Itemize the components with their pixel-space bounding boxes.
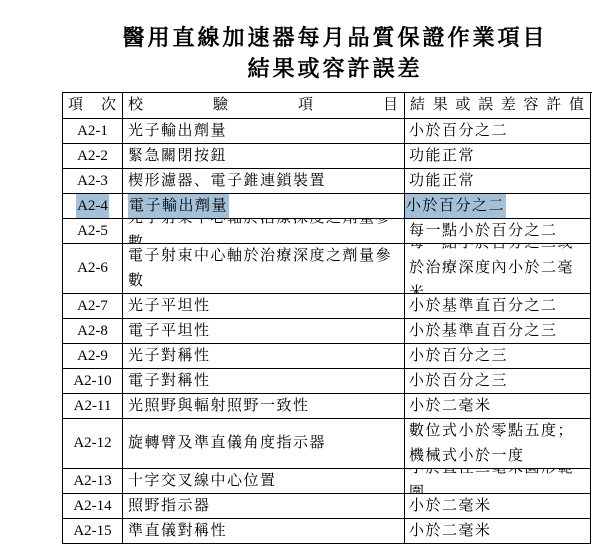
row-tolerance-cell: 數位式小於零點五度；機械式小於一度	[405, 419, 591, 469]
header-item-no-label: 項次	[63, 93, 122, 118]
row-id-cell: A2-2	[63, 144, 123, 169]
row-id-cell: A2-14	[63, 494, 123, 519]
table-row: A2-11 光照野與輻射照野一致性 小於二毫米	[63, 394, 592, 419]
row-item-cell: 光子對稱性	[123, 344, 405, 369]
row-tolerance-text: 數位式小於零點五度；機械式小於一度	[405, 419, 590, 469]
row-tolerance-cell: 小於基準直百分之二	[405, 294, 591, 319]
row-id-cell: A2-6	[63, 244, 123, 294]
row-tolerance-cell: 每一點小於百分之二或於治療深度內小於二毫米。	[405, 244, 591, 294]
document-title: 醫用直線加速器每月品質保證作業項目 結果或容許誤差	[57, 22, 613, 84]
row-tolerance-text: 小於百分之三	[405, 369, 512, 394]
row-tolerance-cell: 每一點小於百分之二	[405, 219, 591, 244]
row-tolerance-cell: 小於二毫米	[405, 494, 591, 519]
row-id-cell: A2-12	[63, 419, 123, 469]
table-row: A2-3 楔形濾器、電子錐連鎖裝置 功能正常	[63, 169, 592, 194]
row-id-cell: A2-7	[63, 294, 123, 319]
row-item-text: 楔形濾器、電子錐連鎖裝置	[128, 169, 326, 194]
row-id-text: A2-2	[77, 144, 108, 169]
header-cell-check-item: 校驗項目	[123, 93, 405, 119]
row-item-cell: 楔形濾器、電子錐連鎖裝置	[123, 169, 405, 194]
row-tolerance-cell: 小於二毫米	[405, 519, 591, 544]
row-id-cell: A2-3	[63, 169, 123, 194]
header-tolerance-label: 結果或誤差容許值	[405, 93, 590, 118]
row-tolerance-text: 功能正常	[405, 144, 479, 169]
table-row: A2-6 電子射束中心軸於治療深度之劑量參數 每一點小於百分之二或於治療深度內小…	[63, 244, 592, 294]
row-id-cell: A2-5	[63, 219, 123, 244]
row-tolerance-cell: 功能正常	[405, 169, 591, 194]
table-row: A2-7 光子平坦性 小於基準直百分之二	[63, 294, 592, 319]
row-id-cell: A2-11	[63, 394, 123, 419]
row-tolerance-text: 小於二毫米	[405, 519, 496, 544]
row-id-text: A2-7	[77, 294, 108, 319]
row-item-cell: 光照野與輻射照野一致性	[123, 394, 405, 419]
row-tolerance-cell: 小於百分之三	[405, 369, 591, 394]
row-item-text: 電子平坦性	[128, 319, 211, 344]
row-item-cell: 電子輸出劑量	[123, 194, 405, 219]
row-item-text: 十字交叉線中心位置	[128, 469, 277, 494]
row-item-text: 光子平坦性	[128, 294, 211, 319]
row-tolerance-cell: 小於百分之二	[405, 119, 591, 144]
row-tolerance-text: 小於直徑二毫米圓形範圍	[405, 469, 590, 494]
row-id-cell: A2-1	[63, 119, 123, 144]
row-id-text: A2-3	[77, 169, 108, 194]
row-id-text: A2-6	[77, 256, 108, 281]
row-id-text: A2-4	[76, 194, 109, 219]
table-row: A2-4 電子輸出劑量 小於百分之二	[63, 194, 592, 219]
row-item-text: 電子輸出劑量	[128, 194, 229, 219]
table-row: A2-14 照野指示器 小於二毫米	[63, 494, 592, 519]
row-item-cell: 光子射束中心軸於治療深度之劑量參數	[123, 219, 405, 244]
row-item-text: 電子對稱性	[128, 369, 211, 394]
document-page: 醫用直線加速器每月品質保證作業項目 結果或容許誤差 項次 校驗項目 結果或誤差容…	[0, 0, 613, 559]
row-id-text: A2-14	[73, 494, 111, 519]
header-cell-item-no: 項次	[63, 93, 123, 119]
row-tolerance-text: 小於基準直百分之二	[405, 294, 562, 319]
table-row: A2-9 光子對稱性 小於百分之三	[63, 344, 592, 369]
row-tolerance-cell: 功能正常	[405, 144, 591, 169]
row-id-cell: A2-13	[63, 469, 123, 494]
row-id-text: A2-10	[73, 369, 111, 394]
header-check-item-label: 校驗項目	[123, 93, 404, 118]
row-item-text: 光照野與輻射照野一致性	[128, 394, 310, 419]
row-item-text: 照野指示器	[128, 494, 211, 519]
document-title-line1: 醫用直線加速器每月品質保證作業項目	[57, 22, 613, 53]
row-tolerance-text: 每一點小於百分之二或於治療深度內小於二毫米。	[405, 244, 590, 294]
row-tolerance-text: 小於百分之二	[405, 119, 512, 144]
row-item-text: 電子射束中心軸於治療深度之劑量參數	[128, 244, 399, 294]
row-item-text: 光子射束中心軸於治療深度之劑量參數	[128, 219, 399, 244]
table-row: A2-8 電子平坦性 小於基準直百分之三	[63, 319, 592, 344]
row-item-text: 準直儀對稱性	[128, 519, 227, 544]
row-id-text: A2-1	[77, 119, 108, 144]
row-item-cell: 準直儀對稱性	[123, 519, 405, 544]
table-row: A2-10 電子對稱性 小於百分之三	[63, 369, 592, 394]
row-item-cell: 十字交叉線中心位置	[123, 469, 405, 494]
table-row: A2-12 旋轉臂及準直儀角度指示器 數位式小於零點五度；機械式小於一度	[63, 419, 592, 469]
table-row: A2-5 光子射束中心軸於治療深度之劑量參數 每一點小於百分之二	[63, 219, 592, 244]
row-id-text: A2-9	[77, 344, 108, 369]
row-tolerance-text: 小於二毫米	[405, 394, 496, 419]
row-id-cell: A2-4	[63, 194, 123, 219]
row-tolerance-cell: 小於基準直百分之三	[405, 319, 591, 344]
row-tolerance-cell: 小於百分之二	[405, 194, 591, 219]
row-id-cell: A2-15	[63, 519, 123, 544]
row-item-text: 旋轉臂及準直儀角度指示器	[128, 431, 326, 456]
row-item-cell: 旋轉臂及準直儀角度指示器	[123, 419, 405, 469]
row-tolerance-cell: 小於直徑二毫米圓形範圍	[405, 469, 591, 494]
table-row: A2-13 十字交叉線中心位置 小於直徑二毫米圓形範圍	[63, 469, 592, 494]
row-tolerance-cell: 小於百分之三	[405, 344, 591, 369]
row-item-text: 緊急關閉按鈕	[128, 144, 227, 169]
row-tolerance-text: 小於百分之二	[405, 194, 506, 219]
row-id-cell: A2-8	[63, 319, 123, 344]
row-id-text: A2-11	[74, 394, 112, 419]
row-id-cell: A2-10	[63, 369, 123, 394]
row-item-cell: 電子平坦性	[123, 319, 405, 344]
table-body: A2-1 光子輸出劑量 小於百分之二 A2-2 緊急關閉按鈕 功能正常 A2-3…	[63, 119, 592, 544]
table-row: A2-2 緊急關閉按鈕 功能正常	[63, 144, 592, 169]
row-item-text: 光子輸出劑量	[128, 119, 227, 144]
row-item-text: 光子對稱性	[128, 344, 211, 369]
row-id-cell: A2-9	[63, 344, 123, 369]
qa-items-table: 項次 校驗項目 結果或誤差容許值 A2-1 光子輸出劑量 小於百分之二 A2-2…	[62, 92, 592, 544]
row-id-text: A2-8	[77, 319, 108, 344]
table-header-row: 項次 校驗項目 結果或誤差容許值	[63, 93, 592, 119]
row-id-text: A2-13	[73, 469, 111, 494]
row-item-cell: 照野指示器	[123, 494, 405, 519]
row-item-cell: 光子輸出劑量	[123, 119, 405, 144]
row-tolerance-text: 每一點小於百分之二	[405, 219, 562, 244]
header-cell-tolerance: 結果或誤差容許值	[405, 93, 591, 119]
table-row: A2-1 光子輸出劑量 小於百分之二	[63, 119, 592, 144]
row-item-cell: 光子平坦性	[123, 294, 405, 319]
row-tolerance-text: 小於基準直百分之三	[405, 319, 562, 344]
row-id-text: A2-15	[73, 519, 111, 544]
row-item-cell: 電子射束中心軸於治療深度之劑量參數	[123, 244, 405, 294]
row-item-cell: 緊急關閉按鈕	[123, 144, 405, 169]
row-id-text: A2-5	[77, 219, 108, 244]
document-title-line2: 結果或容許誤差	[57, 53, 613, 84]
row-item-cell: 電子對稱性	[123, 369, 405, 394]
table-row: A2-15 準直儀對稱性 小於二毫米	[63, 519, 592, 544]
row-tolerance-text: 小於百分之三	[405, 344, 512, 369]
row-tolerance-text: 功能正常	[405, 169, 479, 194]
row-tolerance-cell: 小於二毫米	[405, 394, 591, 419]
row-id-text: A2-12	[73, 431, 111, 456]
row-tolerance-text: 小於二毫米	[405, 494, 496, 519]
